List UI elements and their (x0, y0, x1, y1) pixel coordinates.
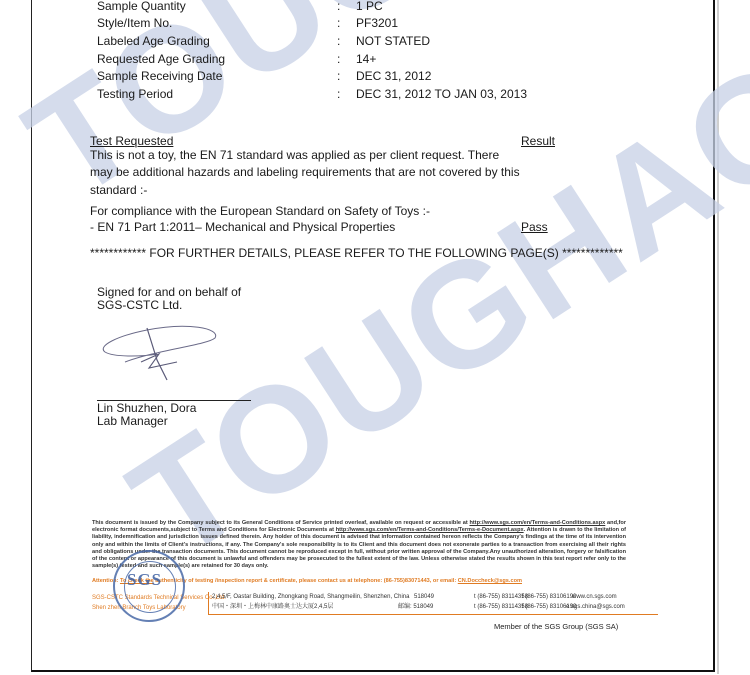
stamp-logo: SGS (127, 570, 162, 590)
doccheck-email-link[interactable]: CN.Doccheck@sgs.com (458, 578, 522, 584)
sgs-stamp-icon: SGS (113, 550, 185, 622)
info-label: Labeled Age Grading (97, 33, 327, 49)
signer-title: Lab Manager (97, 415, 168, 428)
info-colon: : (337, 51, 340, 67)
info-colon: : (337, 15, 340, 31)
info-label: Sample Receiving Date (97, 68, 327, 84)
info-label: Style/Item No. (97, 15, 327, 31)
further-details-note: ************ FOR FURTHER DETAILS, PLEASE… (90, 245, 623, 261)
address-row-cn: 中国・深圳・上梅林中康路奥士达大厦2,4,5层 邮编: 518049 t (86… (212, 602, 409, 612)
info-colon: : (337, 86, 340, 102)
info-label: Sample Quantity (97, 0, 327, 14)
info-value: 1 PC (356, 0, 383, 14)
report-page: Sample Quantity : 1 PC Style/Item No. : … (0, 0, 750, 675)
info-colon: : (337, 0, 340, 14)
address-divider (208, 592, 209, 614)
address-row-en: 2,4,5/F, Oastar Building, Zhongkang Road… (212, 592, 409, 602)
compliance-intro: For compliance with the European Standar… (90, 203, 430, 219)
website-link[interactable]: www.cn.sgs.com (572, 592, 617, 602)
telephone: t (86-755) 83114358 (474, 602, 528, 612)
info-label: Testing Period (97, 86, 327, 102)
test-note-line: may be additional hazards and labeling r… (90, 164, 520, 180)
postcode-en: 518049 (414, 592, 434, 602)
signature-icon (97, 320, 222, 385)
info-value: DEC 31, 2012 TO JAN 03, 2013 (356, 86, 527, 102)
address-cn: 中国・深圳・上梅林中康路奥士达大厦2,4,5层 (212, 604, 333, 610)
telephone: t (86-755) 83114358 (474, 592, 528, 602)
info-value: DEC 31, 2012 (356, 68, 431, 84)
test-item-name: - EN 71 Part 1:2011– Mechanical and Phys… (90, 219, 395, 235)
sgs-group-membership: Member of the SGS Group (SGS SA) (494, 622, 618, 631)
address-en: 2,4,5/F, Oastar Building, Zhongkang Road… (212, 594, 409, 600)
test-note-line: standard :- (90, 182, 147, 198)
postcode-cn: 邮编: 518049 (398, 602, 433, 612)
info-colon: : (337, 33, 340, 49)
info-value: 14+ (356, 51, 376, 67)
disclaimer-part: This document is issued by the Company s… (92, 520, 469, 526)
info-value: NOT STATED (356, 33, 430, 49)
terms-link[interactable]: http://www.sgs.com/en/Terms-and-Conditio… (469, 520, 605, 526)
info-colon: : (337, 68, 340, 84)
info-label: Requested Age Grading (97, 51, 327, 67)
terms-e-document-link[interactable]: http://www.sgs.com/en/Terms-and-Conditio… (336, 527, 524, 533)
email-link[interactable]: e sgs.china@sgs.com (566, 602, 625, 612)
signed-company: SGS-CSTC Ltd. (97, 299, 182, 312)
result-header: Result (521, 133, 555, 149)
attention-text: authenticity of testing /inspection repo… (154, 578, 458, 584)
footer-orange-rule (208, 614, 658, 615)
test-note-line: This is not a toy, the EN 71 standard wa… (90, 147, 499, 163)
fax: f (86-755) 83106190 (522, 592, 576, 602)
test-item-result: Pass (521, 219, 548, 235)
address-block: 2,4,5/F, Oastar Building, Zhongkang Road… (212, 592, 409, 612)
info-value: PF3201 (356, 15, 398, 31)
